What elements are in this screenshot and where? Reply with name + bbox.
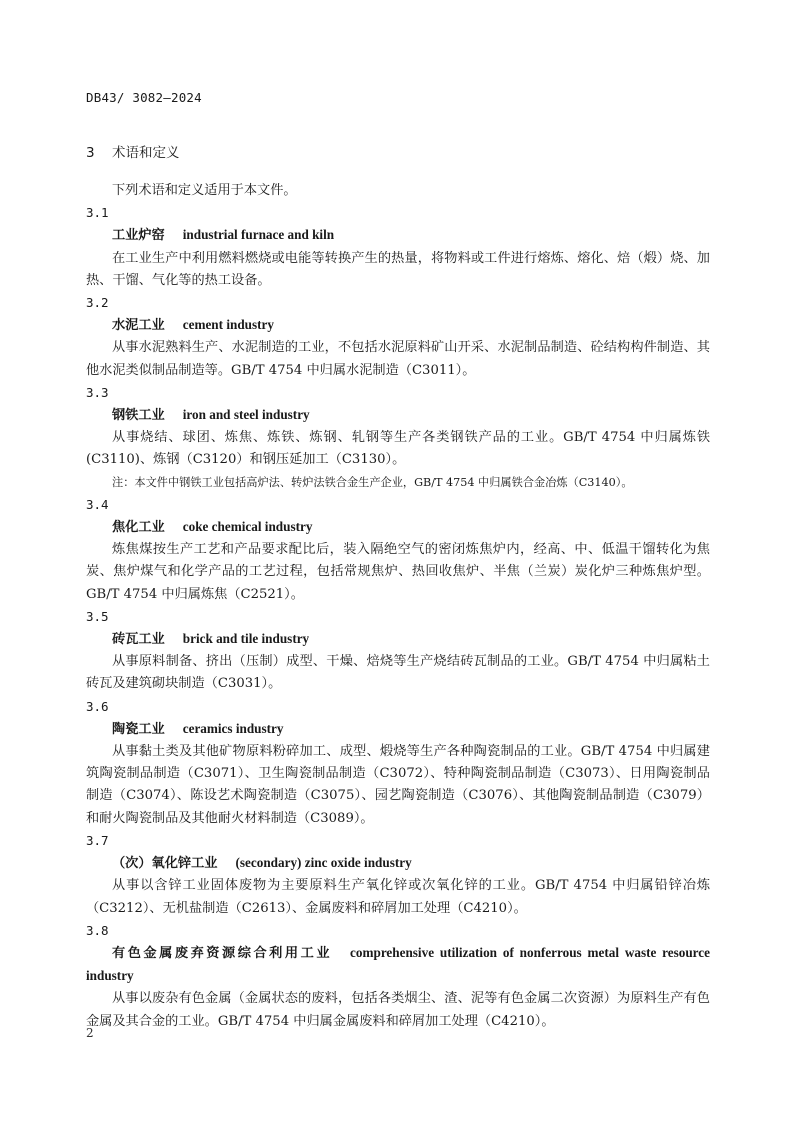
section-number: 3 (86, 145, 112, 161)
term-en: industrial furnace and kiln (183, 227, 334, 242)
term-zh: 有色金属废弃资源综合利用工业 (112, 946, 332, 961)
term-heading: 陶瓷工业ceramics industry (86, 718, 710, 741)
term-heading: （次）氧化锌工业(secondary) zinc oxide industry (86, 852, 710, 875)
term-en: iron and steel industry (183, 407, 310, 422)
term-definition: 在工业生产中利用燃料燃烧或电能等转换产生的热量，将物料或工件进行熔炼、熔化、焙（… (86, 248, 710, 292)
term-heading: 砖瓦工业brick and tile industry (86, 628, 710, 651)
term-en: ceramics industry (183, 721, 284, 736)
term-en: cement industry (183, 317, 274, 332)
term-en: brick and tile industry (183, 631, 309, 646)
term-zh: 陶瓷工业 (112, 722, 165, 737)
term-number: 3.4 (86, 494, 710, 516)
intro-paragraph: 下列术语和定义适用于本文件。 (86, 180, 710, 202)
terms-content: 下列术语和定义适用于本文件。 3.1 工业炉窑industrial furnac… (86, 180, 710, 1033)
term-definition: 从事烧结、球团、炼焦、炼铁、炼钢、轧钢等生产各类钢铁产品的工业。GB/T 475… (86, 427, 710, 471)
term-heading: 钢铁工业iron and steel industry (86, 404, 710, 427)
term-definition: 炼焦煤按生产工艺和产品要求配比后，装入隔绝空气的密闭炼焦炉内，经高、中、低温干馏… (86, 539, 710, 606)
term-number: 3.2 (86, 292, 710, 314)
term-definition: 从事以含锌工业固体废物为主要原料生产氧化锌或次氧化锌的工业。GB/T 4754 … (86, 875, 710, 919)
term-definition: 从事水泥熟料生产、水泥制造的工业，不包括水泥原料矿山开采、水泥制品制造、砼结构构… (86, 337, 710, 381)
term-definition: 从事原料制备、挤出（压制）成型、干燥、焙烧等生产烧结砖瓦制品的工业。GB/T 4… (86, 651, 710, 695)
term-zh: 水泥工业 (112, 318, 165, 333)
page-number: 2 (86, 1026, 94, 1040)
term-number: 3.3 (86, 382, 710, 404)
document-page: DB43/ 3082—2024 3术语和定义 下列术语和定义适用于本文件。 3.… (0, 0, 793, 1122)
term-en: (secondary) zinc oxide industry (236, 855, 412, 870)
term-number: 3.8 (86, 920, 710, 942)
term-number: 3.5 (86, 606, 710, 628)
section-heading: 3术语和定义 (86, 141, 180, 161)
term-number: 3.1 (86, 202, 710, 224)
term-zh: 钢铁工业 (112, 408, 165, 423)
term-zh: 砖瓦工业 (112, 632, 165, 647)
term-heading: 工业炉窑industrial furnace and kiln (86, 224, 710, 247)
term-en: coke chemical industry (183, 519, 313, 534)
term-definition: 从事黏土类及其他矿物原料粉碎加工、成型、煅烧等生产各种陶瓷制品的工业。GB/T … (86, 741, 710, 830)
term-zh: 工业炉窑 (112, 228, 165, 243)
term-number: 3.6 (86, 696, 710, 718)
term-note: 注：本文件中钢铁工业包括高炉法、转炉法铁合金生产企业，GB/T 4754 中归属… (86, 472, 710, 494)
term-heading: 焦化工业coke chemical industry (86, 516, 710, 539)
term-number: 3.7 (86, 830, 710, 852)
term-heading: 有色金属废弃资源综合利用工业comprehensive utilization … (86, 942, 710, 988)
term-zh: （次）氧化锌工业 (112, 856, 218, 871)
term-zh: 焦化工业 (112, 520, 165, 535)
term-heading: 水泥工业cement industry (86, 314, 710, 337)
document-number: DB43/ 3082—2024 (86, 90, 202, 105)
term-definition: 从事以废杂有色金属（金属状态的废料，包括各类烟尘、渣、泥等有色金属二次资源）为原… (86, 988, 710, 1032)
section-title: 术语和定义 (112, 145, 180, 161)
